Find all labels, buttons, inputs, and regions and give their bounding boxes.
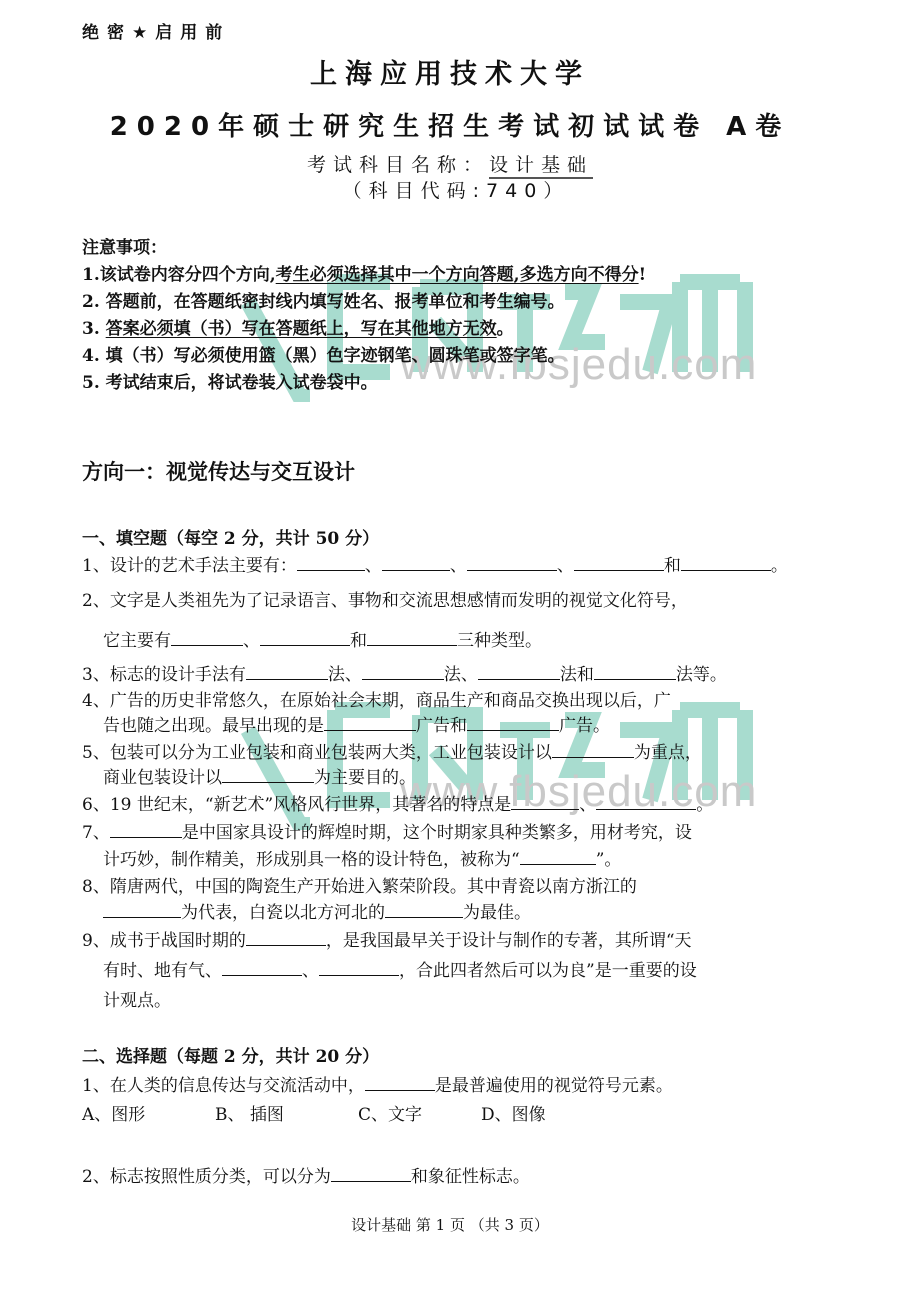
- section1-heading: 一、填空题（每空 2 分，共计 50 分）: [82, 524, 379, 549]
- answer-blank: [365, 1076, 435, 1091]
- answer-blank: [324, 716, 416, 731]
- answer-blank: [319, 961, 399, 976]
- q-text: 商业包装设计以: [103, 768, 222, 788]
- answer-blank: [331, 1167, 411, 1182]
- answer-blank: [596, 795, 696, 810]
- q-text: 和: [664, 556, 681, 576]
- q-text: 3、标志的设计手法有: [82, 665, 246, 685]
- answer-blank: [552, 743, 634, 758]
- answer-blank: [681, 556, 771, 571]
- question-2-2: 2、标志按照性质分类，可以分为和象征性标志。: [82, 1162, 530, 1187]
- q-text: 和象征性标志。: [411, 1167, 530, 1187]
- answer-blank: [594, 665, 676, 680]
- q-text: 告也随之出现。最早出现的是: [103, 716, 324, 736]
- q-text: 7、: [82, 823, 110, 843]
- notice-text: 5. 考试结束后，将试卷装入试卷袋中。: [82, 373, 378, 393]
- option-d: D、图像: [481, 1105, 546, 1125]
- question-1-1: 1、设计的艺术手法主要有：、、、和。: [82, 551, 788, 576]
- secret-label: 绝密★启用前: [82, 18, 230, 43]
- q-text: 为代表，白瓷以北方河北的: [181, 903, 385, 923]
- answer-blank: [246, 665, 328, 680]
- q-text: 法、: [444, 665, 478, 685]
- q-text: 、: [302, 961, 319, 981]
- question-1-9-line1: 9、成书于战国时期的，是我国最早关于设计与制作的专著，其所谓“天: [82, 926, 692, 951]
- notice-heading: 注意事项：: [82, 233, 167, 258]
- answer-blank: [246, 931, 326, 946]
- answer-blank: [222, 961, 302, 976]
- answer-blank: [467, 556, 557, 571]
- answer-blank: [574, 556, 664, 571]
- question-1-5-line1: 5、包装可以分为工业包装和商业包装两大类，工业包装设计以为重点，: [82, 738, 702, 763]
- q-text: ，是我国最早关于设计与制作的专著，其所谓“天: [326, 931, 692, 951]
- answer-blank: [362, 665, 444, 680]
- q-text: 是中国家具设计的辉煌时期，这个时期家具种类繁多，用材考究，设: [182, 823, 692, 843]
- notice-suffix: !: [639, 265, 646, 285]
- question-1-9-line2: 有时、地有气、、，合此四者然后可以为良”是一重要的设: [103, 956, 697, 981]
- q-text: 它主要有: [103, 631, 171, 651]
- q-text: 法和: [560, 665, 594, 685]
- answer-blank: [110, 823, 182, 838]
- q-text: 、: [365, 556, 382, 576]
- notice-item-2: 2. 答题前，在答题纸密封线内填写姓名、报考单位和考生编号。: [82, 287, 565, 312]
- answer-blank: [103, 903, 181, 918]
- q-text: 、: [579, 795, 596, 815]
- question-2-1: 1、在人类的信息传达与交流活动中，是最普遍使用的视觉符号元素。: [82, 1071, 673, 1096]
- q-text: 、: [243, 631, 260, 651]
- notice-item-3: 3. 答案必须填（书）写在答题纸上，写在其他地方无效。: [82, 314, 514, 339]
- question-1-8-line2: 为代表，白瓷以北方河北的为最佳。: [103, 898, 531, 923]
- q-text: 法等。: [676, 665, 727, 685]
- exam-title: 2020年硕士研究生招生考试初试试卷 A卷: [0, 106, 900, 143]
- notice-underlined: 答案必须填（书）写在答题纸上，写在其他地方无效: [106, 319, 497, 339]
- q-text: 2、标志按照性质分类，可以分为: [82, 1167, 331, 1187]
- answer-blank: [260, 631, 350, 646]
- answer-blank: [222, 768, 314, 783]
- q-text: 9、成书于战国时期的: [82, 931, 246, 951]
- q-text: 和: [350, 631, 367, 651]
- notice-item-4: 4. 填（书）写必须使用篮（黑）色字迹钢笔、圆珠笔或签字笔。: [82, 341, 565, 366]
- answer-blank: [511, 795, 579, 810]
- notice-item-5: 5. 考试结束后，将试卷装入试卷袋中。: [82, 368, 378, 393]
- answer-blank: [171, 631, 243, 646]
- q-text: 为重点，: [634, 743, 702, 763]
- answer-blank: [382, 556, 450, 571]
- option-c: C、文字: [358, 1100, 481, 1125]
- option-b: B、 插图: [215, 1100, 358, 1125]
- question-2-1-options: A、图形B、 插图C、文字D、图像: [82, 1100, 546, 1125]
- q-text: 。: [771, 556, 788, 576]
- q-text: 1、在人类的信息传达与交流活动中，: [82, 1076, 365, 1096]
- q-text: 5、包装可以分为工业包装和商业包装两大类，工业包装设计以: [82, 743, 552, 763]
- answer-blank: [367, 631, 457, 646]
- q-text: 。: [696, 795, 713, 815]
- question-1-6: 6、19 世纪末，“新艺术”风格风行世界，其著名的特点是、。: [82, 790, 713, 815]
- notice-text: 1.该试卷内容分四个方向,: [82, 265, 276, 285]
- question-1-3: 3、标志的设计手法有法、法、法和法等。: [82, 660, 727, 685]
- q-text: 是最普遍使用的视觉符号元素。: [435, 1076, 673, 1096]
- answer-blank: [385, 903, 463, 918]
- question-1-9-line3: 计观点。: [103, 986, 171, 1011]
- page-footer: 设计基础 第 1 页 （共 3 页）: [0, 1214, 900, 1235]
- question-1-7-line1: 7、是中国家具设计的辉煌时期，这个时期家具种类繁多，用材考究，设: [82, 818, 692, 843]
- q-text: 广告。: [559, 716, 610, 736]
- answer-blank: [520, 850, 596, 865]
- q-text: 为主要目的。: [314, 768, 416, 788]
- answer-blank: [478, 665, 560, 680]
- q-text: 有时、地有气、: [103, 961, 222, 981]
- notice-underlined: 考生必须选择其中一个方向答题,多选方向不得分: [276, 265, 639, 285]
- answer-blank: [297, 556, 365, 571]
- q-text: 、: [557, 556, 574, 576]
- subject-line: 考试科目名称：设计基础: [0, 150, 900, 177]
- question-1-2-line1: 2、文字是人类祖先为了记录语言、事物和交流思想感情而发明的视觉文化符号，: [82, 586, 688, 611]
- direction-title: 方向一：视觉传达与交互设计: [82, 456, 355, 486]
- section2-heading: 二、选择题（每题 2 分，共计 20 分）: [82, 1042, 379, 1067]
- q-text: 1、设计的艺术手法主要有：: [82, 556, 297, 576]
- q-text: 三种类型。: [457, 631, 542, 651]
- q-text: ，合此四者然后可以为良”是一重要的设: [399, 961, 697, 981]
- q-text: ”。: [596, 850, 622, 870]
- q-text: 6、19 世纪末，“新艺术”风格风行世界，其著名的特点是: [82, 795, 511, 815]
- subject-label: 考试科目名称：: [307, 154, 489, 176]
- notice-text: 2. 答题前，在答题纸密封线内填写姓名、报考单位和考生编号。: [82, 292, 565, 312]
- question-1-8-line1: 8、隋唐两代，中国的陶瓷生产开始进入繁荣阶段。其中青瓷以南方浙江的: [82, 872, 637, 897]
- question-1-7-line2: 计巧妙，制作精美，形成别具一格的设计特色，被称为“”。: [103, 845, 621, 870]
- q-text: 为最佳。: [463, 903, 531, 923]
- option-a: A、图形: [82, 1100, 215, 1125]
- question-1-5-line2: 商业包装设计以为主要目的。: [103, 763, 416, 788]
- answer-blank: [467, 716, 559, 731]
- question-1-2-line2: 它主要有、和三种类型。: [103, 626, 542, 651]
- question-1-4-line1: 4、广告的历史非常悠久，在原始社会末期，商品生产和商品交换出现以后，广: [82, 686, 671, 711]
- notice-text: 3.: [82, 319, 106, 339]
- q-text: 法、: [328, 665, 362, 685]
- q-text: 、: [450, 556, 467, 576]
- q-text: 广告和: [416, 716, 467, 736]
- notice-item-1: 1.该试卷内容分四个方向,考生必须选择其中一个方向答题,多选方向不得分!: [82, 260, 646, 285]
- notice-text: 4. 填（书）写必须使用篮（黑）色字迹钢笔、圆珠笔或签字笔。: [82, 346, 565, 366]
- notice-suffix: 。: [497, 319, 514, 339]
- subject-code: （科目代码:740）: [0, 176, 900, 203]
- q-text: 计巧妙，制作精美，形成别具一格的设计特色，被称为“: [103, 850, 520, 870]
- school-name: 上海应用技术大学: [0, 52, 900, 91]
- question-1-4-line2: 告也随之出现。最早出现的是广告和广告。: [103, 711, 610, 736]
